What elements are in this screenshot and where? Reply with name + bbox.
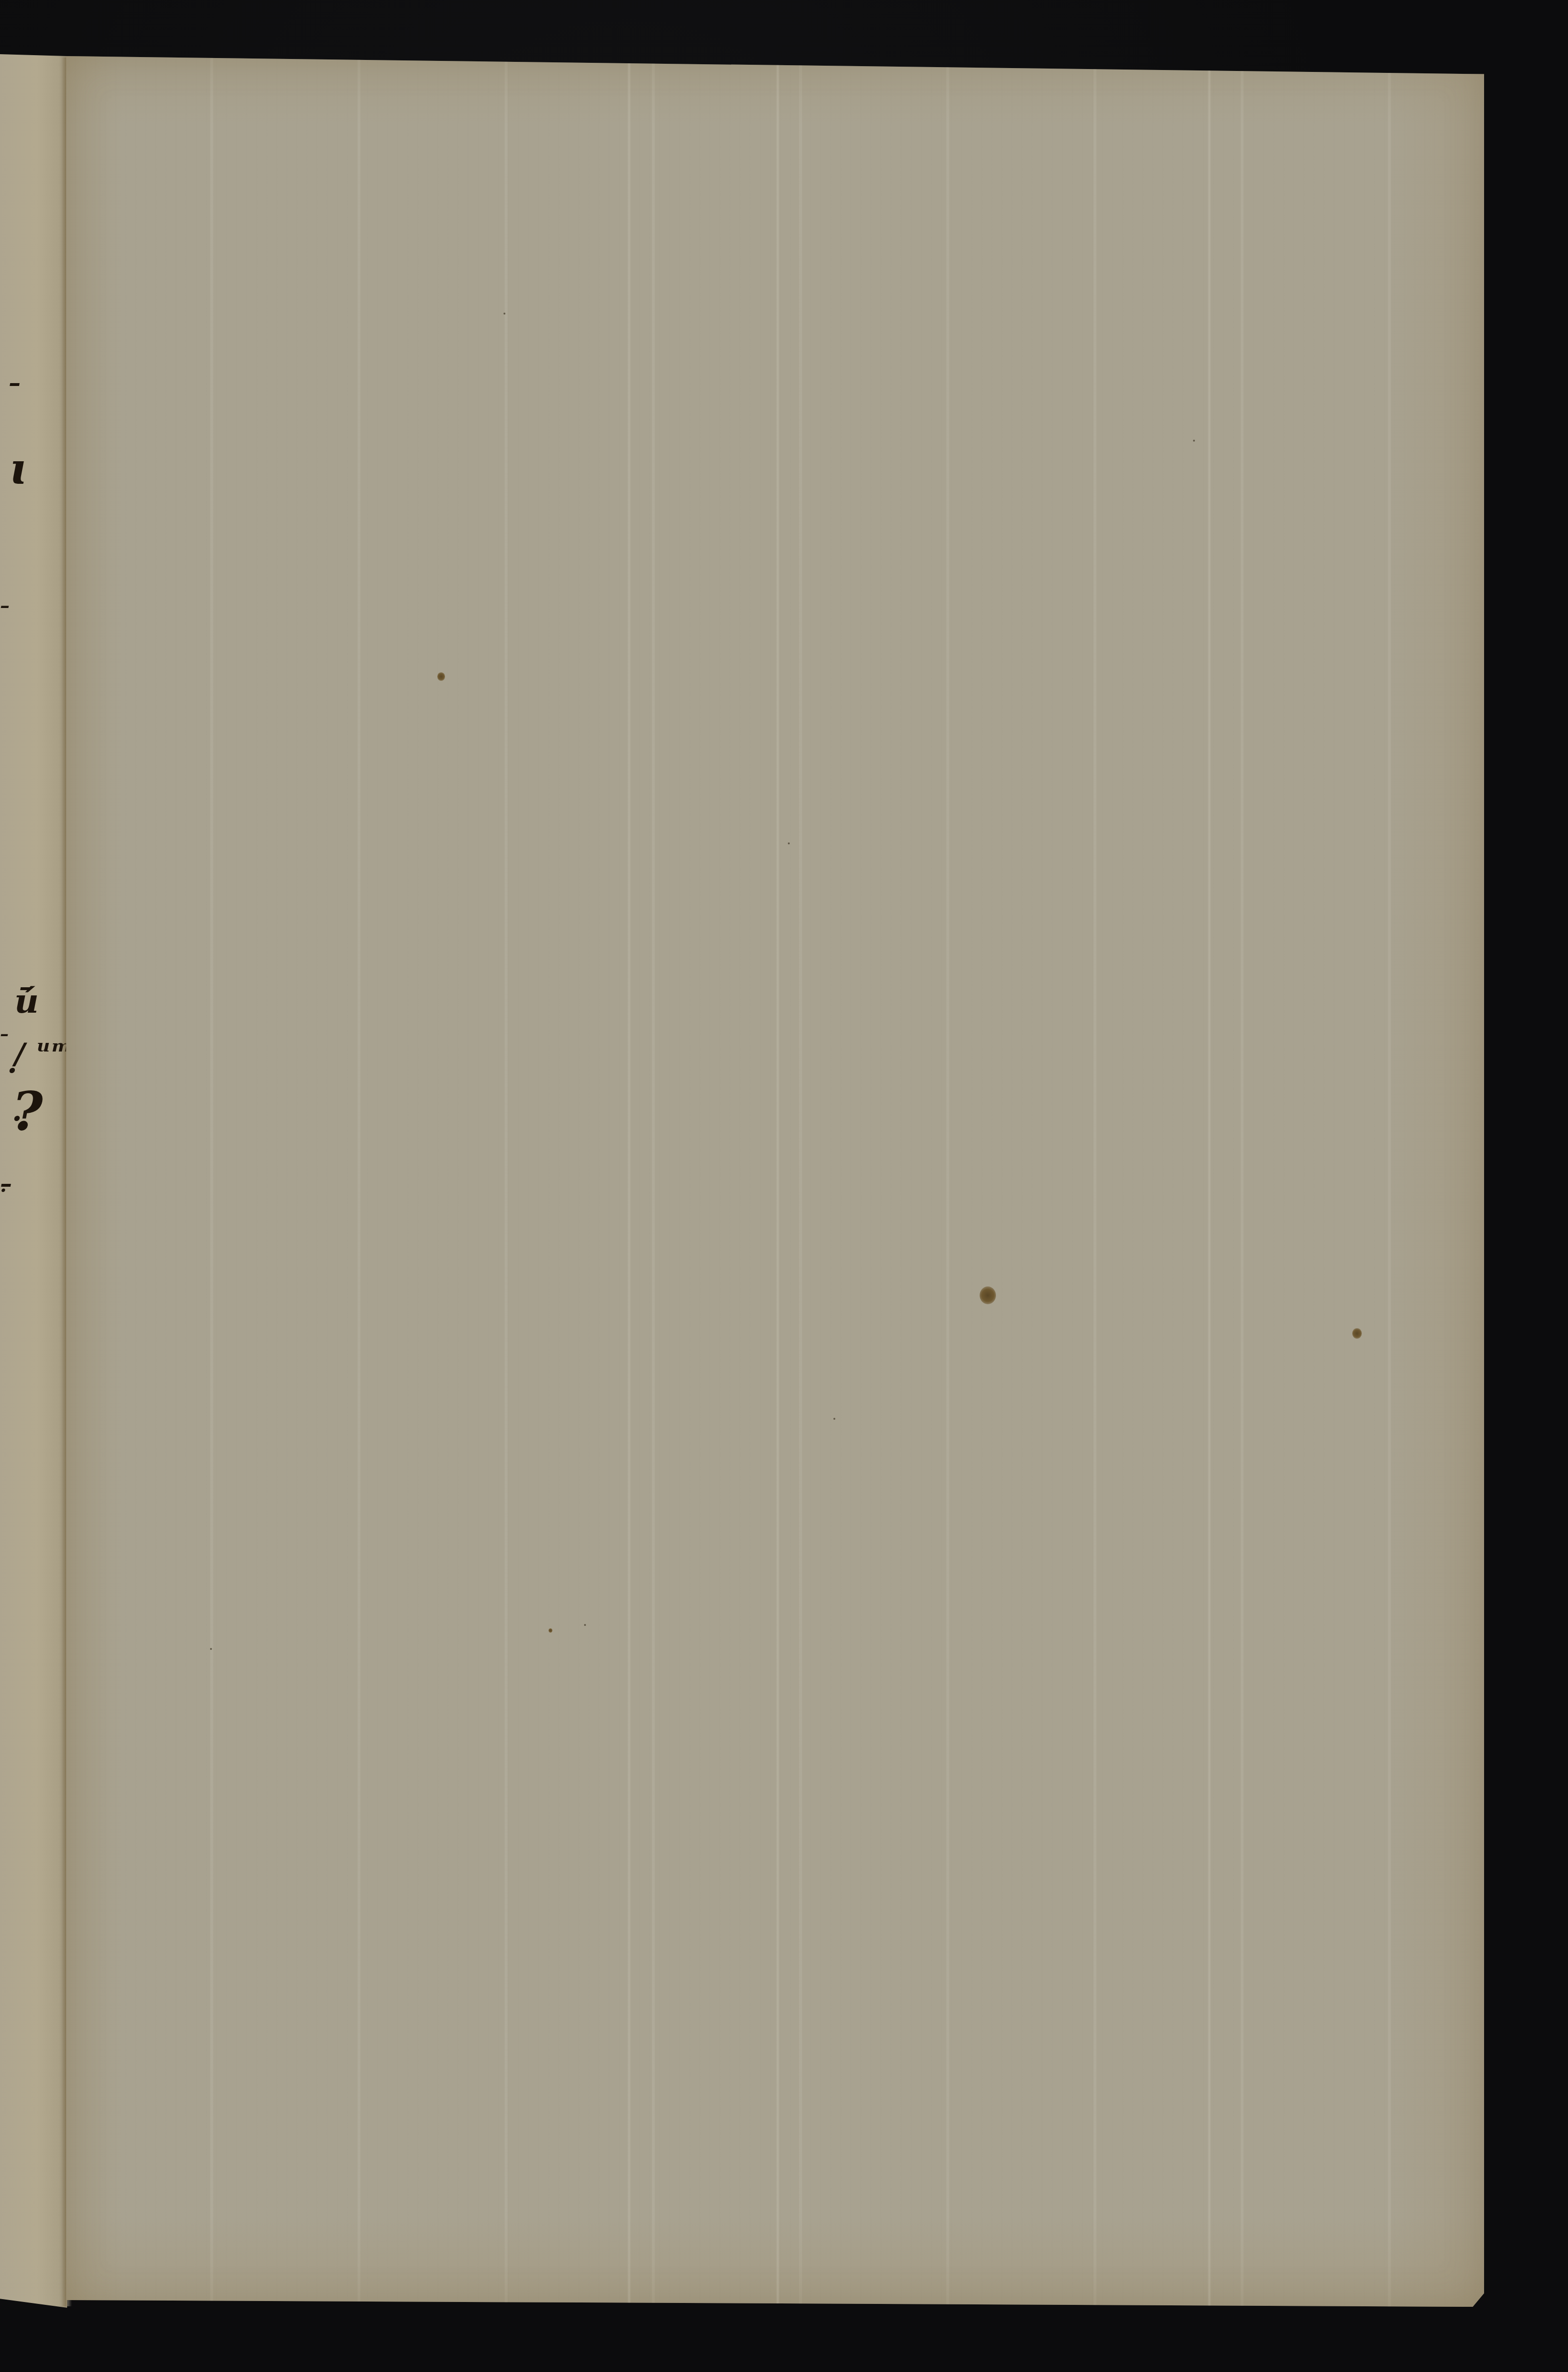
paper-fleck	[788, 842, 790, 844]
paper-chain-line	[627, 56, 631, 2307]
ink-fragment: ·	[0, 1181, 7, 1200]
blank-manuscript-page	[66, 56, 1484, 2307]
paper-fleck	[584, 1624, 586, 1626]
ink-fragment: –	[0, 1025, 9, 1042]
paper-chain-line	[776, 56, 780, 2307]
facing-page-edge: –ɩ––úᵤₘₑ–/·?·–·	[0, 54, 67, 2308]
ink-fragment: ú	[14, 984, 39, 1018]
paper-chain-line	[1207, 56, 1211, 2307]
paper-fleck	[833, 1418, 835, 1420]
foxing-stain	[549, 1628, 552, 1633]
ink-fragment: ɩ	[10, 447, 26, 491]
paper-fleck	[1193, 440, 1195, 442]
foxing-stain	[1352, 1328, 1362, 1339]
paper-fleck	[503, 313, 505, 315]
ink-fragment: –	[0, 596, 10, 615]
paper-fleck	[210, 1648, 212, 1650]
ink-fragment: –	[9, 371, 21, 395]
ink-fragment: ·	[12, 1104, 22, 1133]
foxing-stain	[437, 672, 445, 681]
foxing-stain	[980, 1286, 996, 1304]
